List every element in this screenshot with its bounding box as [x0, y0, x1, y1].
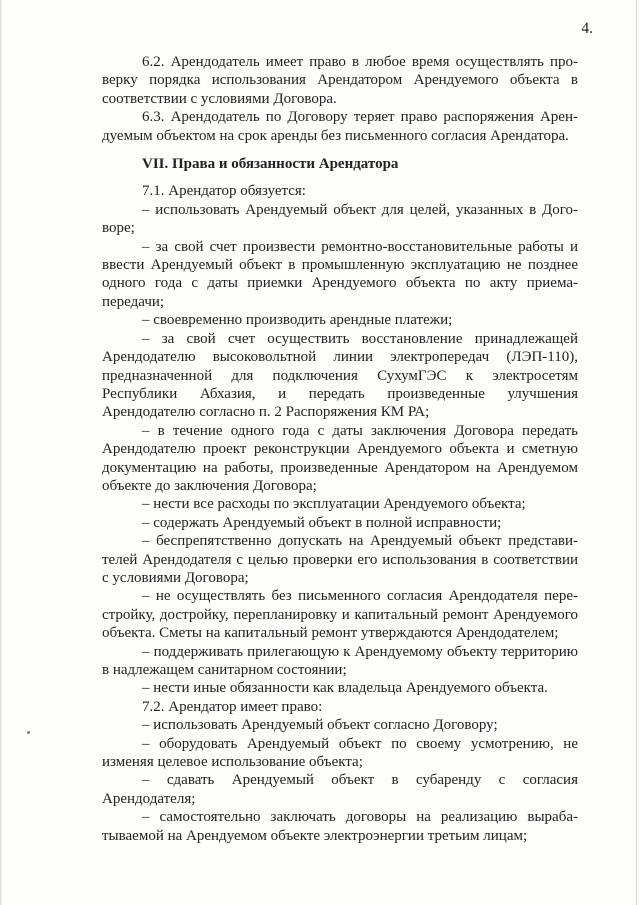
paragraph: 7.2. Арендатор имеет право:: [102, 698, 578, 716]
paragraph: – сдавать Арендуемый объект в субаренду …: [102, 771, 578, 808]
page-body: 6.2. Арендодатель имеет право в любое вр…: [102, 53, 578, 845]
paragraph: – своевременно производить арендные плат…: [102, 311, 578, 329]
paragraph: – за свой счет осуществить восстановлени…: [102, 330, 578, 422]
paragraph: – оборудовать Арендуемый объект по своем…: [102, 735, 578, 772]
paragraph: – в течение одного года с даты заключени…: [102, 422, 578, 496]
scan-speck: [27, 731, 30, 734]
paragraph: – нести все расходы по эксплуатации Арен…: [102, 495, 578, 513]
paragraph: – за свой счет произвести ремонтно-восст…: [102, 238, 578, 312]
page-number: 4.: [581, 20, 593, 38]
paragraph: – использовать Арендуемый объект согласн…: [102, 716, 578, 734]
scan-edge-left: [0, 0, 2, 905]
paragraph: – содержать Арендуемый объект в полной и…: [102, 514, 578, 532]
scanned-document-page: { "page": { "number": "4.", "sections": …: [0, 0, 640, 905]
paragraph: 7.1. Арендатор обязуется:: [102, 182, 578, 200]
paragraph: 6.2. Арендодатель имеет право в любое вр…: [102, 53, 578, 108]
paragraph: – беспрепятственно допускать на Арендуем…: [102, 532, 578, 587]
paragraph: – не осуществлять без письменного соглас…: [102, 587, 578, 642]
paragraph: – поддерживать прилегающую к Арендуемому…: [102, 643, 578, 680]
scan-edge-right: [636, 0, 637, 905]
paragraph: – нести иные обязанности как владельца А…: [102, 679, 578, 697]
paragraph: – использовать Арендуемый объект для цел…: [102, 201, 578, 238]
paragraph: – самостоятельно заключать договоры на р…: [102, 808, 578, 845]
paragraph: 6.3. Арендодатель по Договору теряет пра…: [102, 108, 578, 145]
section-heading: VII. Права и обязанности Арендатора: [102, 155, 578, 173]
